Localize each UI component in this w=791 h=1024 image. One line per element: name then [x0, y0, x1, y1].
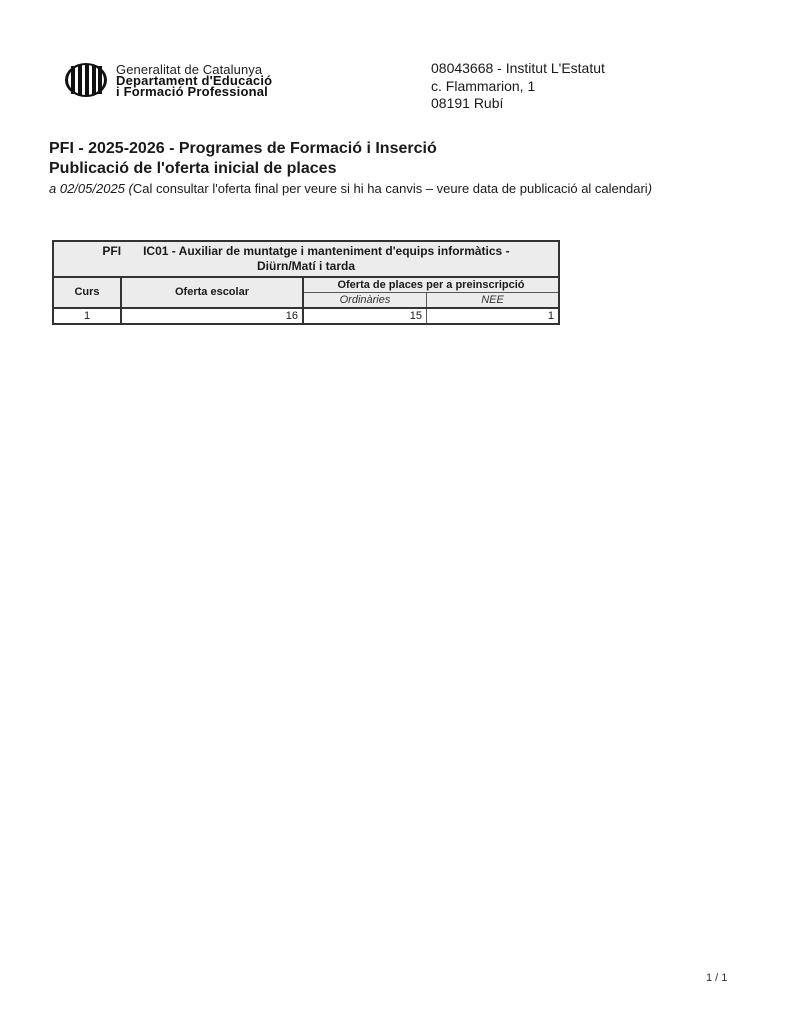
- program-schedule: Diürn/Matí i tarda: [257, 259, 355, 273]
- cell-curs: 1: [53, 308, 121, 324]
- offer-table: PFIIC01 - Auxiliar de muntatge i manteni…: [52, 240, 560, 325]
- page-number: 1 / 1: [706, 972, 727, 984]
- program-type: PFI: [102, 244, 121, 258]
- column-header-curs: Curs: [53, 277, 121, 308]
- generalitat-shield-icon: [64, 62, 108, 98]
- table-row: 1 16 15 1: [53, 308, 559, 324]
- logo-line-department-cont: i Formació Professional: [116, 86, 272, 97]
- program-header: PFIIC01 - Auxiliar de muntatge i manteni…: [53, 241, 559, 277]
- school-street: c. Flammarion, 1: [431, 78, 605, 96]
- school-code-name: 08043668 - Institut L'Estatut: [431, 60, 605, 78]
- cell-oferta-escolar: 16: [121, 308, 303, 324]
- school-city: 08191 Rubí: [431, 95, 605, 113]
- publication-note: a 02/05/2025 (Cal consultar l'oferta fin…: [49, 181, 652, 196]
- document-title: PFI - 2025-2026 - Programes de Formació …: [49, 140, 437, 158]
- column-header-nee: NEE: [427, 293, 560, 309]
- cell-nee: 1: [427, 308, 560, 324]
- publication-date: a 02/05/2025: [49, 181, 125, 196]
- document-subtitle: Publicació de l'oferta inicial de places: [49, 160, 336, 178]
- program-name: IC01 - Auxiliar de muntatge i mantenimen…: [143, 244, 509, 258]
- column-header-oferta-escolar: Oferta escolar: [121, 277, 303, 308]
- generalitat-logo: Generalitat de Catalunya Departament d'E…: [64, 62, 272, 98]
- note-paren-close: ): [648, 181, 652, 196]
- publication-note-text: Cal consultar l'oferta final per veure s…: [133, 181, 648, 196]
- column-header-preinscripcio: Oferta de places per a preinscripció: [303, 277, 559, 293]
- school-address: 08043668 - Institut L'Estatut c. Flammar…: [431, 60, 605, 113]
- note-paren-open: (: [125, 181, 133, 196]
- column-header-ordinaries: Ordinàries: [303, 293, 427, 309]
- cell-ordinaries: 15: [303, 308, 427, 324]
